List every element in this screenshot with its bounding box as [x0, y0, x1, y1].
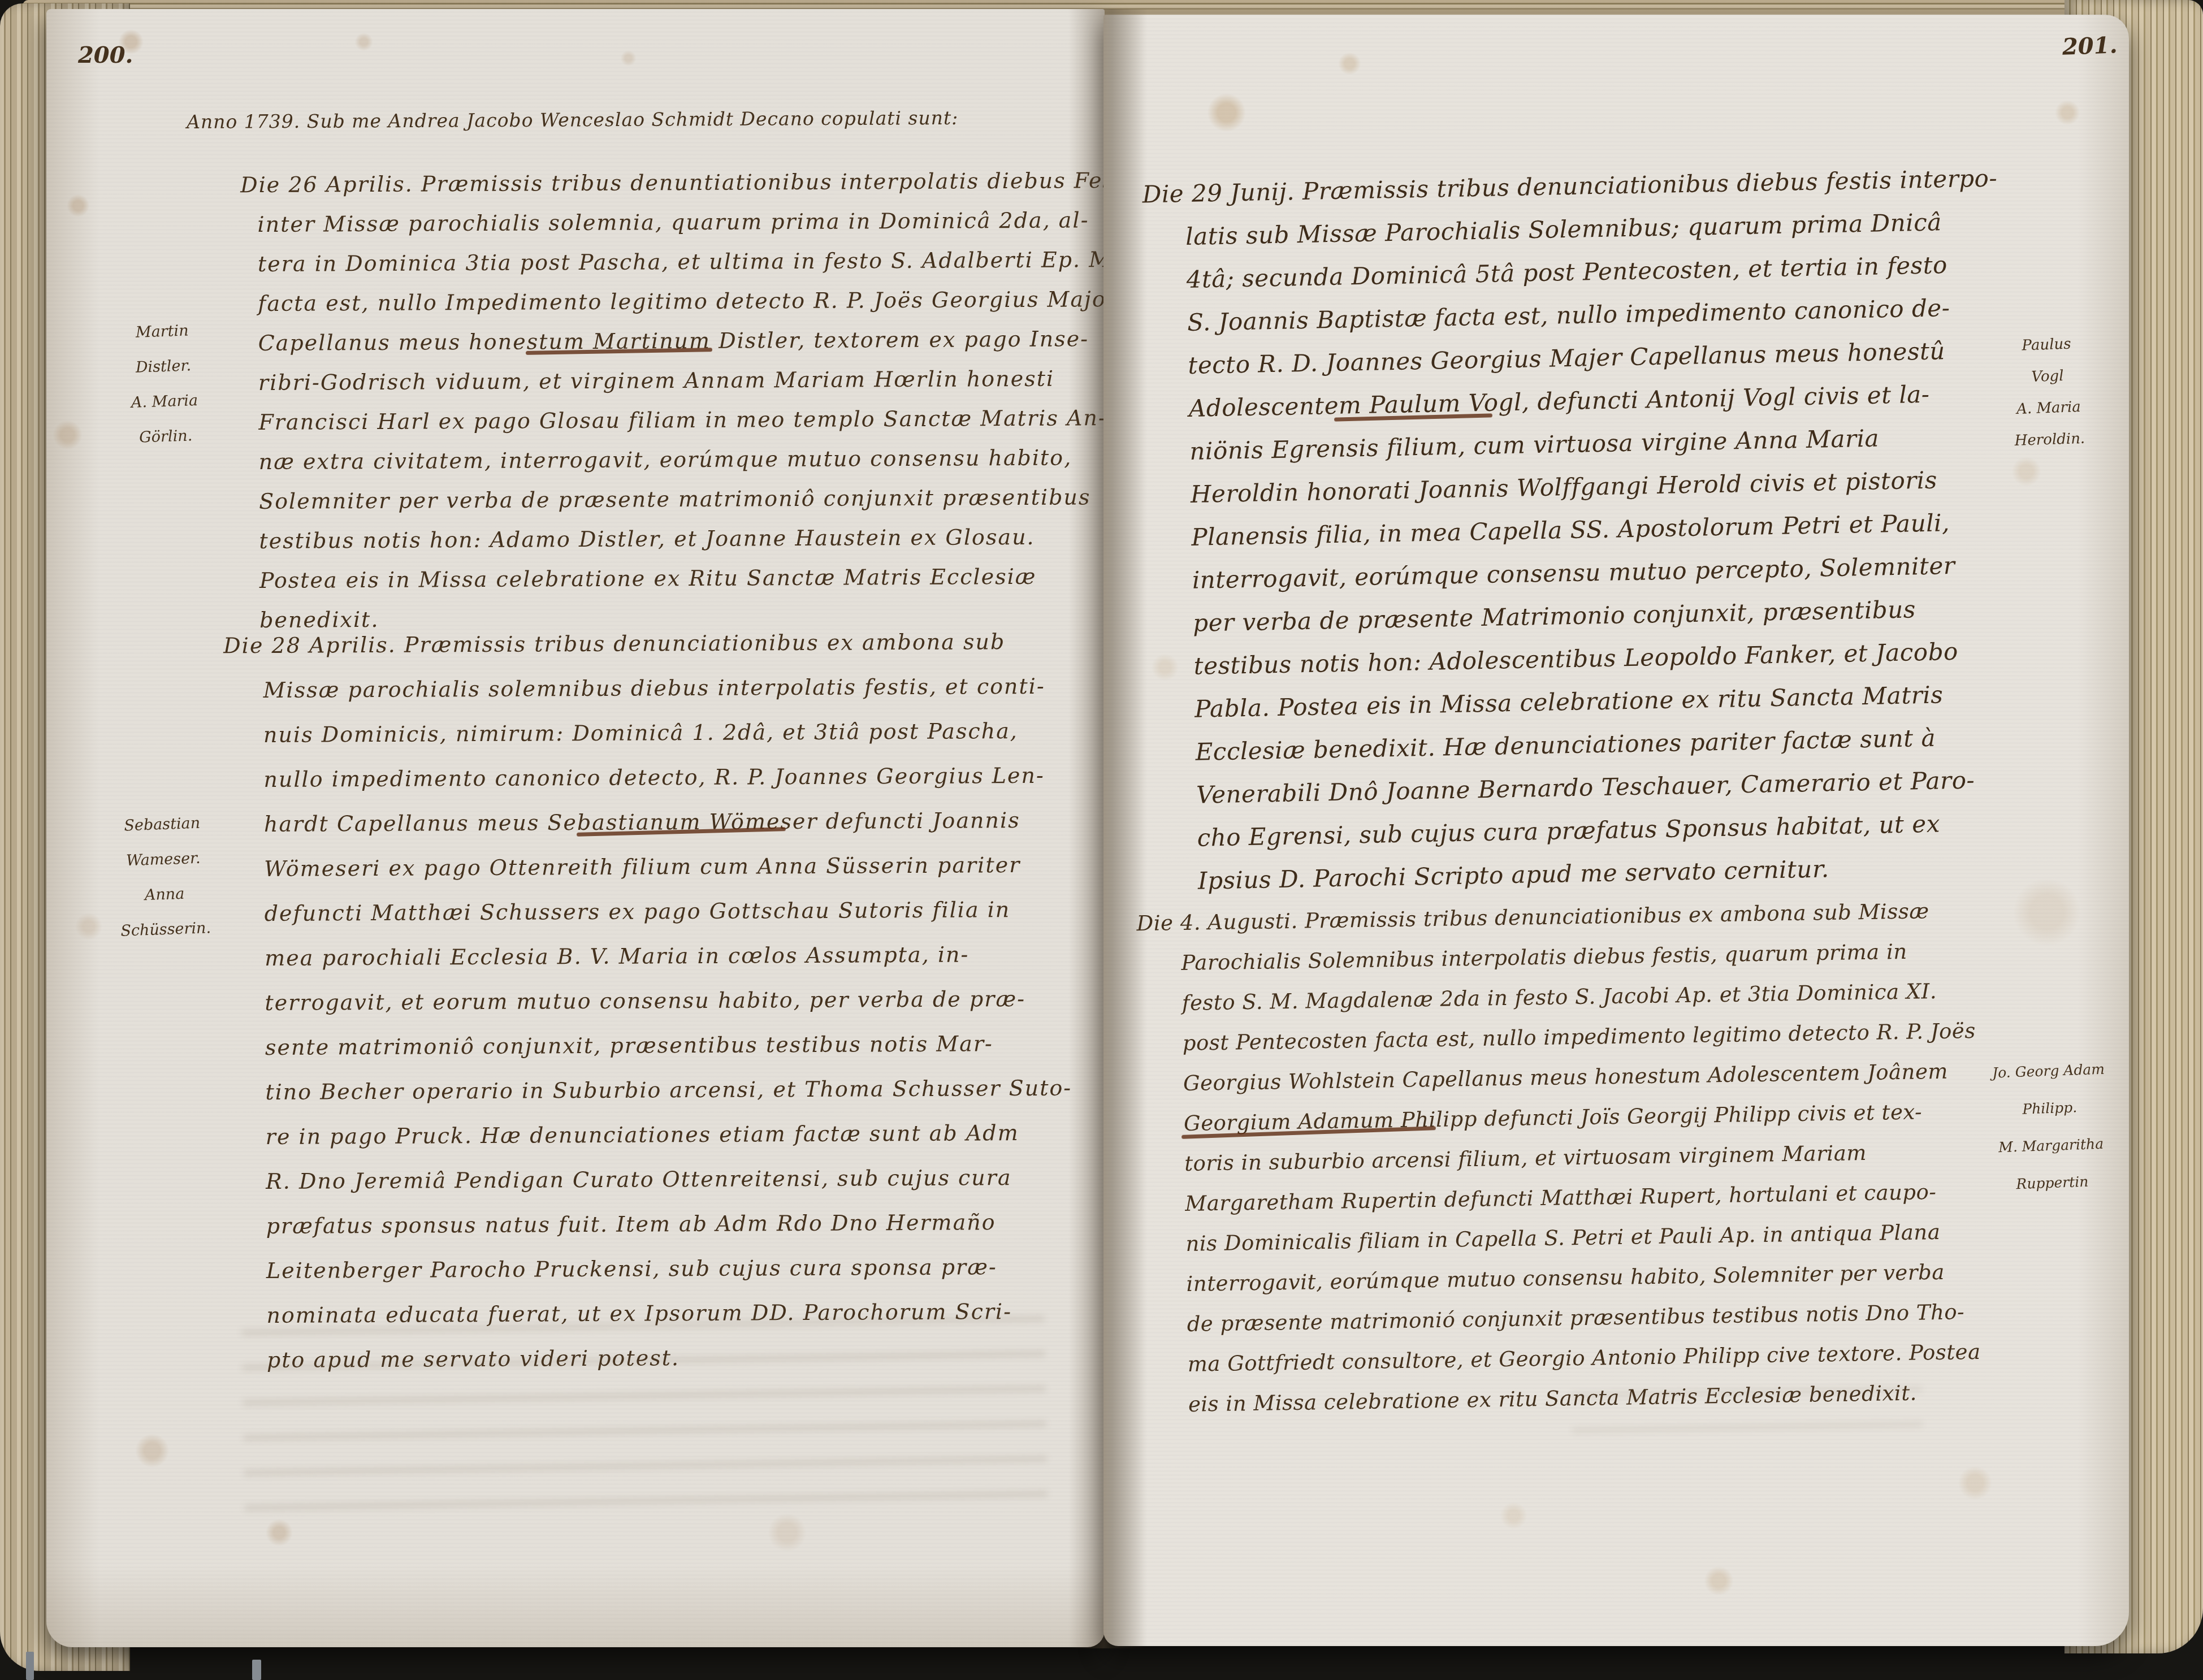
margin-note-line: Heroldin.: [1996, 422, 2104, 458]
manuscript-line: pto apud me servato videri potest.: [267, 1334, 1074, 1383]
manuscript-line: terrogavit, et eorum mutuo consensu habi…: [265, 977, 1071, 1025]
margin-note-line: Jo. Georg Adam: [1971, 1050, 2125, 1092]
margin-note-line: A. Maria: [1994, 391, 2103, 426]
margin-note: Jo. Georg Adam Philipp. M. Margaritha Ru…: [1971, 1050, 2129, 1204]
manuscript-scan: 200. Anno 1739. Sub me Andrea Jacobo Wen…: [0, 0, 2203, 1680]
manuscript-line: Capellanus meus honestum Martinum Distle…: [258, 319, 1145, 363]
manuscript-line: facta est, nullo Impedimento legitimo de…: [258, 279, 1145, 323]
manuscript-line: Postea eis in Missa celebratione ex Ritu…: [259, 556, 1147, 600]
margin-note: Paulus Vogl A. Maria Heroldin.: [1992, 327, 2104, 457]
margin-note-line: Wameser.: [101, 840, 226, 880]
manuscript-line: nullo impedimento canonico detecto, R. P…: [263, 754, 1070, 802]
page-number-right: 201.: [2062, 32, 2118, 60]
manuscript-line: mea parochiali Ecclesia B. V. Maria in c…: [265, 932, 1071, 981]
margin-note-line: Paulus: [1992, 327, 2101, 363]
manuscript-line: hardt Capellanus meus Sebastianum Wömese…: [264, 798, 1071, 847]
marriage-entry-26-april: Die 26 Aprilis. Præmissis tribus denunti…: [257, 161, 1147, 640]
margin-note-line: Philipp.: [1973, 1087, 2127, 1129]
manuscript-line: næ extra civitatem, interrogavit, eorúmq…: [259, 438, 1146, 482]
manuscript-line: Die 26 Aprilis. Præmissis tribus denunti…: [240, 161, 1145, 205]
marriage-entry-4-august: Die 4. Augusti. Præmissis tribus denunci…: [1180, 890, 1981, 1424]
margin-note-line: Görlin.: [106, 417, 226, 456]
manuscript-line: tera in Dominica 3tia post Pascha, et ul…: [258, 240, 1145, 284]
manuscript-line: Wömeseri ex pago Ottenreith filium cum A…: [264, 843, 1071, 891]
manuscript-line: nuis Dominicis, nimirum: Dominicâ 1. 2dâ…: [263, 709, 1070, 757]
manuscript-line: sente matrimoniô conjunxit, præsentibus …: [265, 1021, 1072, 1070]
manuscript-line: tino Becher operario in Suburbio arcensi…: [265, 1066, 1072, 1115]
manuscript-line: Francisci Harl ex pago Glosau filiam in …: [258, 398, 1146, 442]
page-number-left: 200.: [78, 42, 133, 68]
cradle-bar: [252, 1660, 261, 1680]
manuscript-line: inter Missæ parochialis solemnia, quarum…: [257, 200, 1145, 244]
manuscript-line: Missæ parochialis solemnibus diebus inte…: [263, 664, 1070, 713]
margin-note-line: Vogl: [1993, 359, 2102, 395]
margin-note-line: M. Margaritha: [1974, 1124, 2128, 1167]
margin-note-line: Anna: [102, 875, 227, 915]
margin-note-line: Ruppertin: [1975, 1162, 2129, 1204]
margin-note-line: A. Maria: [105, 382, 224, 421]
manuscript-line: Leitenberger Parocho Pruckensi, sub cuju…: [266, 1245, 1073, 1293]
margin-note-line: Distler.: [103, 347, 223, 386]
manuscript-line: ribri-Godrisch viduum, et virginem Annam…: [258, 358, 1146, 402]
manuscript-line: testibus notis hon: Adamo Distler, et Jo…: [259, 517, 1146, 561]
manuscript-line: re in pago Pruck. Hæ denunciationes etia…: [266, 1111, 1072, 1159]
manuscript-line: R. Dno Jeremiâ Pendigan Curato Ottenreit…: [266, 1155, 1072, 1204]
manuscript-line: Solemniter per verba de præsente matrimo…: [259, 477, 1146, 521]
year-heading: Anno 1739. Sub me Andrea Jacobo Wencesla…: [187, 107, 958, 133]
margin-note: Martin Distler. A. Maria Görlin.: [102, 312, 226, 456]
marriage-entry-28-april: Die 28 Aprilis. Præmissis tribus denunci…: [263, 620, 1074, 1383]
margin-note-line: Sebastian: [99, 805, 225, 845]
marriage-entry-29-june: Die 29 Junij. Præmissis tribus denunciat…: [1184, 157, 2011, 902]
margin-note: Sebastian Wameser. Anna Schüsserin.: [99, 805, 229, 950]
margin-note-line: Schüsserin.: [103, 910, 228, 950]
manuscript-line: præfatus sponsus natus fuit. Item ab Adm…: [266, 1200, 1072, 1249]
cradle-bar: [26, 1652, 34, 1680]
manuscript-line: Die 28 Aprilis. Præmissis tribus denunci…: [223, 620, 1070, 669]
manuscript-line: nominata educata fuerat, ut ex Ipsorum D…: [266, 1289, 1073, 1338]
margin-note-line: Martin: [102, 312, 222, 351]
manuscript-line: defuncti Matthæi Schussers ex pago Gotts…: [264, 887, 1071, 936]
